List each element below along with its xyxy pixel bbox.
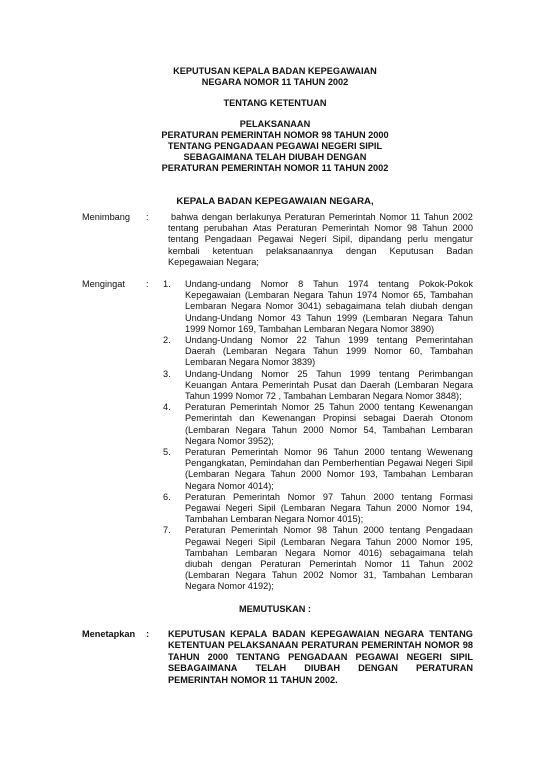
- menetapkan-colon: :: [146, 629, 149, 640]
- text-line: (LembaranNegaraTahun2000Nomor193,Tambaha…: [185, 469, 473, 480]
- text-line: tentangPengadaanPegawaiNegeriSipil,dipan…: [168, 234, 473, 245]
- text-line: PegawaiNegeriSipil(LembaranNegaraTahun20…: [185, 537, 473, 548]
- subject-line: SEBAGAIMANA TELAH DIUBAH DENGAN: [0, 152, 550, 163]
- mengingat-item: 6.PeraturanPemerintahNomor97Tahun2000ten…: [163, 492, 473, 526]
- text-line: Undang-undangNomor8Tahun1974tentangPokok…: [185, 279, 473, 290]
- text-line: LembaranNegaraNomor3041)sebagaimanatelah…: [185, 301, 473, 312]
- item-number: 5.: [163, 447, 171, 458]
- text-line: diubahdenganPeraturanPemerintahNomor11Ta…: [185, 559, 473, 570]
- mengingat-item: 7.PeraturanPemerintahNomor98Tahun2000ten…: [163, 525, 473, 592]
- text-line: Daerah(LembaranNegaraTahun1999Nomor60,Ta…: [185, 346, 473, 357]
- text-line: Negara Nomor 3952);: [185, 436, 473, 447]
- text-line: Tahun 1999 Nomor 72 , Tambahan Lembaran …: [185, 391, 473, 402]
- text-line: KEPUTUSANKEPALABADANKEPEGAWAIANNEGARATEN…: [168, 629, 473, 640]
- text-line: (LembaranNegaraTahun2002Nomor31,Tambahan…: [185, 570, 473, 581]
- document-title: KEPUTUSAN KEPALA BADAN KEPEGAWAIAN NEGAR…: [0, 66, 550, 88]
- text-line: PEMERINTAH NOMOR 11 TAHUN 2002.: [168, 675, 473, 686]
- menimbang-text: bahwadenganberlakunyaPeraturanPemerintah…: [168, 212, 473, 268]
- text-line: Kepegawaian Negara;: [168, 257, 473, 268]
- mengingat-item: 2.Undang-UndangNomor22Tahun1999tentangPe…: [163, 335, 473, 369]
- title-line: NEGARA NOMOR 11 TAHUN 2002: [0, 77, 550, 88]
- text-line: PeraturanPemerintahNomor25Tahun2000tenta…: [185, 402, 473, 413]
- subject-heading: PELAKSANAAN PERATURAN PEMERINTAH NOMOR 9…: [0, 119, 550, 174]
- item-number: 6.: [163, 492, 171, 503]
- item-number: 7.: [163, 525, 171, 536]
- item-number: 1.: [163, 279, 171, 290]
- text-line: PeraturanPemerintahNomor98Tahun2000tenta…: [185, 525, 473, 536]
- text-line: TambahanLembaranNegaraNomor4016)sebagaim…: [185, 548, 473, 559]
- item-number: 3.: [163, 369, 171, 380]
- title-line: KEPUTUSAN KEPALA BADAN KEPEGAWAIAN: [0, 66, 550, 77]
- text-line: (LembaranNegaraTahun2000Nomor54,Tambahan…: [185, 425, 473, 436]
- text-line: Tambahan Lembaran Negara Nomor 4015);: [185, 514, 473, 525]
- mengingat-item: 5.PeraturanPemerintahNomor96Tahun2000ten…: [163, 447, 473, 492]
- authority-heading: KEPALA BADAN KEPEGAWAIAN NEGARA,: [0, 196, 550, 207]
- text-line: PemerintahdanKewenanganPropinsisebagaiDa…: [185, 413, 473, 424]
- text-line: PegawaiNegeriSipil(LembaranNegaraTahun20…: [185, 503, 473, 514]
- mengingat-list: 1.Undang-undangNomor8Tahun1974tentangPok…: [163, 279, 473, 593]
- menimbang-colon: :: [146, 212, 149, 223]
- mengingat-colon: :: [146, 279, 149, 290]
- mengingat-label: Mengingat: [82, 279, 125, 290]
- subject-line: PERATURAN PEMERINTAH NOMOR 98 TAHUN 2000: [0, 130, 550, 141]
- item-number: 4.: [163, 402, 171, 413]
- text-line: bahwadenganberlakunyaPeraturanPemerintah…: [168, 212, 473, 223]
- memutuskan-heading: MEMUTUSKAN :: [0, 604, 550, 615]
- item-number: 2.: [163, 335, 171, 346]
- menetapkan-text: KEPUTUSANKEPALABADANKEPEGAWAIANNEGARATEN…: [168, 629, 473, 686]
- text-line: tentangperubahanAtasPeraturanPemerintahN…: [168, 223, 473, 234]
- text-line: Undang-UndangNomor25Tahun1999tentangPeri…: [185, 369, 473, 380]
- text-line: KETENTUANPELAKSANAANPERATURANPEMERINTAHN…: [168, 640, 473, 651]
- subject-line: PELAKSANAAN: [0, 119, 550, 130]
- mengingat-item: 3.Undang-UndangNomor25Tahun1999tentangPe…: [163, 369, 473, 403]
- mengingat-item: 1.Undang-undangNomor8Tahun1974tentangPok…: [163, 279, 473, 335]
- text-line: PeraturanPemerintahNomor96Tahun2000tenta…: [185, 447, 473, 458]
- text-line: KeuanganAntaraPemerintahPusatdanDaerah(L…: [185, 380, 473, 391]
- menetapkan-label: Menetapkan: [82, 629, 135, 640]
- menimbang-label: Menimbang: [82, 212, 130, 223]
- text-line: Undang-UndangNomor43Tahun1999(LembaranNe…: [185, 313, 473, 324]
- subject-line: TENTANG PENGADAAN PEGAWAI NEGERI SIPIL: [0, 141, 550, 152]
- text-line: Pengangkatan,PemindahandanPemberhentianP…: [185, 458, 473, 469]
- text-line: Lembaran Negara Nomor 3839): [185, 357, 473, 368]
- tentang-heading: TENTANG KETENTUAN: [0, 98, 550, 109]
- text-line: 1999 Nomor 169, Tambahan Lembaran Negara…: [185, 324, 473, 335]
- text-line: Negara Nomor 4014);: [185, 481, 473, 492]
- text-line: Negara Nomor 4192);: [185, 581, 473, 592]
- mengingat-item: 4.PeraturanPemerintahNomor25Tahun2000ten…: [163, 402, 473, 447]
- text-line: Undang-UndangNomor22Tahun1999tentangPeme…: [185, 335, 473, 346]
- text-line: PeraturanPemerintahNomor97Tahun2000tenta…: [185, 492, 473, 503]
- document-page: KEPUTUSAN KEPALA BADAN KEPEGAWAIAN NEGAR…: [0, 0, 550, 777]
- text-line: kembaliketentuanpelaksanaannyadenganKepu…: [168, 246, 473, 257]
- subject-line: PERATURAN PEMERINTAH NOMOR 11 TAHUN 2002: [0, 163, 550, 174]
- text-line: Kepegawaian(LembaranNegaraTahun1974Nomor…: [185, 290, 473, 301]
- text-line: SEBAGAIMANATELAHDIUBAHDENGANPERATURAN: [168, 663, 473, 674]
- text-line: TAHUN2000TENTANGPENGADAANPEGAWAINEGERISI…: [168, 652, 473, 663]
